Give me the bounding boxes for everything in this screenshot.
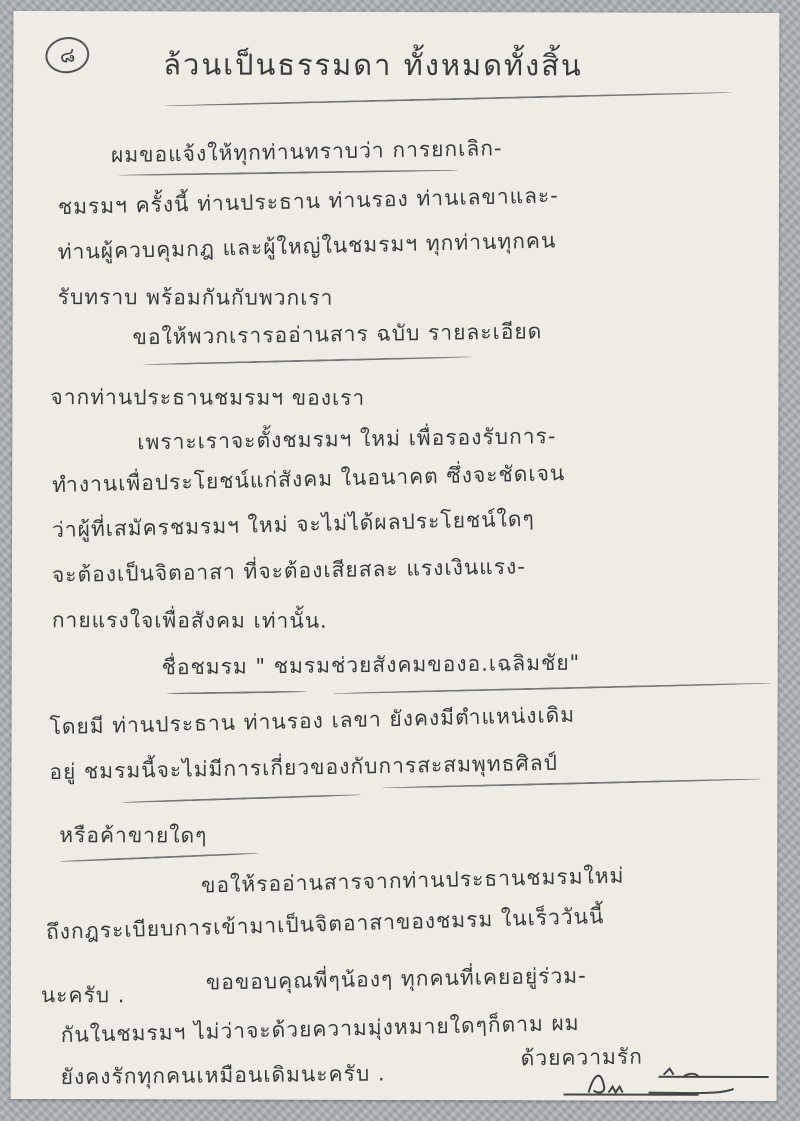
page-number: ๘: [57, 38, 77, 72]
text-line-14: อยู่ ชมรมนี้จะไม่มีการเกี่ยวของกับการสะส…: [49, 747, 558, 789]
line-14-underline-a: [121, 794, 361, 804]
club-name-line: ชื่อชมรม " ชมรมช่วยสังคมของอ.เฉลิมชัย": [162, 647, 581, 685]
signature-icon: [559, 1064, 789, 1105]
text-line-11: กายแรงใจเพื่อสังคม เท่านั้น.: [52, 604, 328, 638]
text-line-21: ยังคงรักทุกคนเหมือนเดิมนะครับ .: [60, 1057, 385, 1094]
text-line-9: ว่าผู้ที่เสมัครชมรมฯ ใหม่ จะไม่ได้ผลประโ…: [52, 503, 535, 547]
club-name-underline: [332, 682, 772, 694]
text-line-8: ทำงานเพื่อประโยชน์แก่สังคม ในอนาคต ซึ่งจ…: [52, 457, 566, 502]
text-line-4: รับทราบ พร้อมกันกับพวกเรา: [58, 281, 334, 315]
text-line-3: ท่านผู้ควบคุมกฎ และผู้ใหญ่ในชมรมฯ ทุกท่า…: [57, 224, 556, 269]
page-number-circle: ๘: [43, 34, 92, 76]
text-line-10: จะต้องเป็นจิตอาสา ที่จะต้องเสียสละ แรงเง…: [52, 550, 526, 592]
text-line-13: โดยมี ท่านประธาน ท่านรอง เลขา ยังคงมีตำแ…: [49, 699, 575, 744]
text-line-19: ขอขอบคุณพี่ๆน้องๆ ทุกคนที่เคยอยู่ร่วม-: [206, 960, 587, 1000]
line-5-underline: [143, 356, 473, 366]
text-line-6: จากท่านประธานชมรมฯ ของเรา: [50, 381, 365, 415]
text-line-1: ผมขอแจ้งให้ทุกท่านทราบว่า การยกเลิก-: [111, 132, 503, 172]
handwritten-letter-paper: ๘ ล้วนเป็นธรรมดา ทั้งหมดทั้งสิ้น ผมขอแจ้…: [11, 11, 780, 1101]
text-line-20: กันในชมรมฯ ไม่ว่าจะด้วยความมุ่งหมายใดๆก็…: [60, 1007, 580, 1052]
line-15-underline: [59, 852, 259, 862]
text-line-2: ชมรมฯ ครั้งนี้ ท่านประธาน ท่านรอง ท่านเล…: [58, 179, 560, 224]
text-line-18: นะครับ .: [41, 979, 126, 1012]
text-line-15: หรือค้าขายใดๆ: [59, 819, 207, 852]
text-line-7: เพราะเราจะตั้งชมรมฯ ใหม่ เพื่อรองรับการ-: [137, 420, 557, 459]
text-line-17: ถึงกฎระเบียบการเข้ามาเป็นจิตอาสาของชมรม …: [46, 900, 605, 949]
letter-title: ล้วนเป็นธรรมดา ทั้งหมดทั้งสิ้น: [163, 41, 583, 88]
text-line-16: ขอให้รออ่านสารจากท่านประธานชมรมใหม่: [201, 860, 625, 903]
text-line-5: ขอให้พวกเรารออ่านสาร ฉบับ รายละเอียด: [132, 315, 542, 354]
club-label-underline: [167, 691, 307, 695]
title-underline: [163, 91, 733, 106]
